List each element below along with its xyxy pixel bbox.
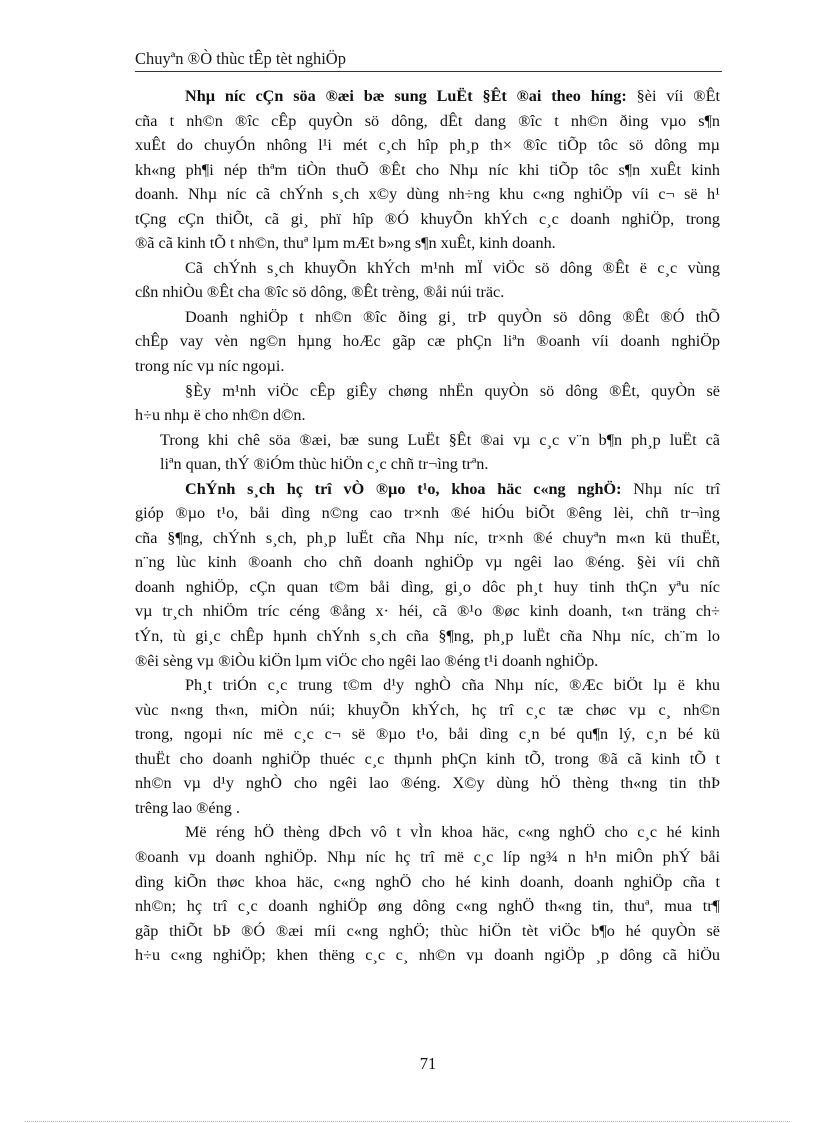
text-line: tÇng cÇn thiÕt, cã gi¸ phï hîp ®Ó khuyÕn… [135,207,720,232]
running-header: Chuyªn ®Ò thùc tÊp tèt nghiÖp [135,49,722,72]
text-line: ®oanh vµ doanh nghiÖp. Nhµ níc hç trî më… [135,845,720,870]
page-boundary-divider [25,1121,790,1122]
paragraph-land-law-amendment: Nhµ níc cÇn söa ®æi bæ sung LuËt §Êt ®ai… [135,84,720,256]
text-line: cña §¶ng, chÝnh s¸ch, ph¸p luËt cña Nhµ … [135,526,720,551]
page-number: 71 [0,1054,816,1074]
paragraph-pilot-implementation: Trong khi chê söa ®æi, bæ sung LuËt §Êt … [135,428,720,477]
text-line: nh©n; hç trî c¸c doanh nghiÖp øng dông c… [135,894,720,919]
text-line: xuÊt do chuyÓn nhông l¹i mét c¸ch hîp ph… [135,133,720,158]
paragraph-training-support-policy: ChÝnh s¸ch hç trî vÒ ®µo t¹o, khoa häc c… [135,477,720,673]
text-line: Më réng hÖ thèng dÞch vô t vÌn khoa häc,… [135,820,720,845]
text-line: cßn nhiÒu ®Êt cha ®îc sö dông, ®Êt trèng… [135,280,720,305]
text-line: liªn quan, thÝ ®iÓm thùc hiÖn c¸c chñ tr… [135,452,720,477]
text-line: chÊp vay vèn ng©n hµng hoÆc gãp cæ phÇn … [135,329,720,354]
paragraph-land-certificates: §Èy m¹nh viÖc cÊp giÊy chøng nhËn quyÒn … [135,379,720,428]
paragraph-land-mortgage: Doanh nghiÖp t nh©n ®îc ðing gi¸ trÞ quy… [135,305,720,379]
text-line: trong níc vµ níc ngoµi. [135,354,720,379]
text-line: h÷u c«ng nghiÖp; khen thëng c¸c c¸ nh©n … [135,943,720,968]
text-line: ®ã cã kinh tÕ t nh©n, thuª lµm mÆt b»ng … [135,231,720,256]
text-line: vµ tr¸ch nhiÖm tríc céng ®ång x· héi, cã… [135,599,720,624]
text-line: cña t nh©n ®îc cÊp quyÒn sö dông, dÊt da… [135,109,720,134]
text-line: nh©n vµ d¹y nghÒ cho ngêi lao ®éng. X©y … [135,771,720,796]
text-line: Trong khi chê söa ®æi, bæ sung LuËt §Êt … [135,428,720,453]
text-line: trêng lao ®éng . [135,796,720,821]
paragraph-science-tech-services: Më réng hÖ thèng dÞch vô t vÌn khoa häc,… [135,820,720,967]
text-line: vùc n«ng th«n, miÒn núi; khuyÕn khÝch, h… [135,698,720,723]
text-line: doanh. Nhµ níc cã chÝnh s¸ch x©y dùng nh… [135,182,720,207]
bold-heading: Nhµ níc cÇn söa ®æi bæ sung LuËt §Êt ®ai… [185,87,627,105]
text-line: n¨ng lùc kinh ®oanh cho chñ doanh nghiÖp… [135,550,720,575]
text-line: ChÝnh s¸ch hç trî vÒ ®µo t¹o, khoa häc c… [135,477,720,502]
text-line: §Èy m¹nh viÖc cÊp giÊy chøng nhËn quyÒn … [135,379,720,404]
text-line: ®êi sèng vµ ®iÒu kiÖn lµm viÖc cho ngêi … [135,649,720,674]
paragraph-land-use-incentive: Cã chÝnh s¸ch khuyÕn khÝch m¹nh mÏ viÖc … [135,256,720,305]
text-line: Ph¸t triÓn c¸c trung t©m d¹y nghÒ cña Nh… [135,673,720,698]
document-page: Chuyªn ®Ò thùc tÊp tèt nghiÖp Nhµ níc cÇ… [0,0,816,1123]
text-line: dìng kiÕn thøc khoa häc, c«ng nghÖ cho h… [135,870,720,895]
text-line: Doanh nghiÖp t nh©n ®îc ðing gi¸ trÞ quy… [135,305,720,330]
text-line: kh«ng ph¶i nép thªm tiÒn thuÕ ®Êt cho Nh… [135,158,720,183]
paragraph-vocational-centers: Ph¸t triÓn c¸c trung t©m d¹y nghÒ cña Nh… [135,673,720,820]
text-line: Cã chÝnh s¸ch khuyÕn khÝch m¹nh mÏ viÖc … [135,256,720,281]
text-line: tÝn, tù gi¸c chÊp hµnh chÝnh s¸ch cña §¶… [135,624,720,649]
text-line: h÷u nhµ ë cho nh©n d©n. [135,403,720,428]
text-line: gãp thiÕt bÞ ®Ó ®æi míi c«ng nghÖ; thùc … [135,919,720,944]
body-text: Nhµ níc cÇn söa ®æi bæ sung LuËt §Êt ®ai… [135,84,720,968]
text-line: doanh nghiÖp, cÇn quan t©m båi dìng, gi¸… [135,575,720,600]
text-line: thuËt cho doanh nghiÖp thuéc c¸c thµnh p… [135,747,720,772]
bold-heading: ChÝnh s¸ch hç trî vÒ ®µo t¹o, khoa häc c… [185,480,621,498]
text-line: trong, ngoµi níc më c¸c c¬ së ®µo t¹o, b… [135,722,720,747]
text-line: Nhµ níc cÇn söa ®æi bæ sung LuËt §Êt ®ai… [135,84,720,109]
text-line: gióp ®µo t¹o, båi dìng n©ng cao tr×nh ®é… [135,501,720,526]
